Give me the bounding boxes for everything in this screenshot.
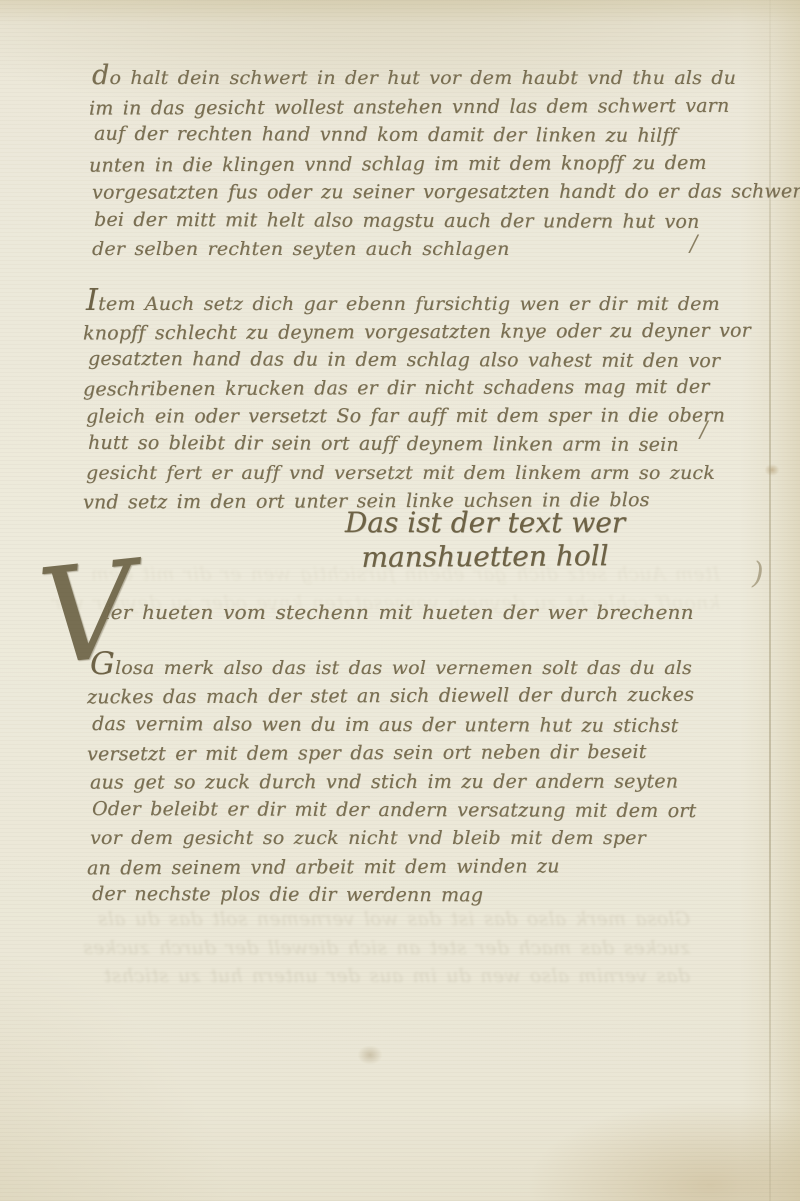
text-line: versetzt er mit dem sper das sein ort ne… <box>87 738 694 769</box>
text-line: zuckes das mach der stet an sich diewell… <box>70 934 690 963</box>
verse-line: ier hueten vom stechenn mit hueten der w… <box>104 598 694 627</box>
text-line: auf der rechten hand vnnd kom damit der … <box>94 120 800 151</box>
text-line: hutt so bleibt dir sein ort auff deynem … <box>88 429 756 459</box>
text-line: zuckes das mach der stet an sich diewell… <box>87 681 694 712</box>
text-line: ier hueten vom stechenn mit hueten der w… <box>104 598 694 627</box>
text-line: do halt dein schwert in der hut vor dem … <box>92 62 800 93</box>
chapter-heading-line-2: manshuetten holl <box>320 539 650 575</box>
text-line: Item Auch setz dich gar ebenn fursichtig… <box>86 287 754 318</box>
text-line: gesicht fert er auff vnd versetzt mit de… <box>86 459 754 487</box>
paragraph-item-auch: Item Auch setz dich gar ebenn fursichtig… <box>86 287 754 515</box>
text-line: im in das gesicht wollest anstehen vnnd … <box>89 91 800 123</box>
text-line: der nechste plos die dir werdenn mag <box>92 880 699 911</box>
chapter-heading-line-1: Das ist der text wer <box>320 506 650 540</box>
page-edge <box>769 0 771 1201</box>
text-line: geschribenen krucken das er dir nicht sc… <box>83 373 751 404</box>
verso-showthrough-lower: Glosa merk also das ist das wol vernemen… <box>70 905 690 991</box>
text-line: das vernim also wen du im aus der untern… <box>70 962 690 991</box>
chapter-heading: Das ist der text wer manshuetten holl <box>320 506 650 574</box>
text-line: an dem seinem vnd arbeit mit dem winden … <box>87 852 694 883</box>
manuscript-page: Glosa merk also das ist das wol vernemen… <box>0 0 800 1201</box>
text-line: gleich ein oder versetzt So far auff mit… <box>86 402 754 431</box>
text-line: vor dem gesicht so zuck nicht vnd bleib … <box>90 824 697 852</box>
margin-stroke: / <box>700 418 707 443</box>
text-line: Oder beleibt er dir mit der andern versa… <box>92 795 699 826</box>
text-line: knopff schlecht zu deynem vorgesatzten k… <box>83 317 751 348</box>
text-line: unten in die klingen vnnd schlag im mit … <box>89 148 800 180</box>
text-line: vorgesatzten fus oder zu seiner vorgesat… <box>92 177 800 207</box>
text-line: das vernim also wen du im aus der untern… <box>92 710 699 741</box>
text-line: aus get so zuck durch vnd stich im zu de… <box>90 767 697 796</box>
margin-flourish: ) <box>752 556 764 591</box>
text-line: gesatzten hand das du in dem schlag also… <box>88 345 756 375</box>
gloss-paragraph: Glosa merk also das ist das wol vernemen… <box>90 650 697 910</box>
margin-stroke: / <box>690 232 697 257</box>
text-line: Glosa merk also das ist das wol vernemen… <box>90 650 697 682</box>
